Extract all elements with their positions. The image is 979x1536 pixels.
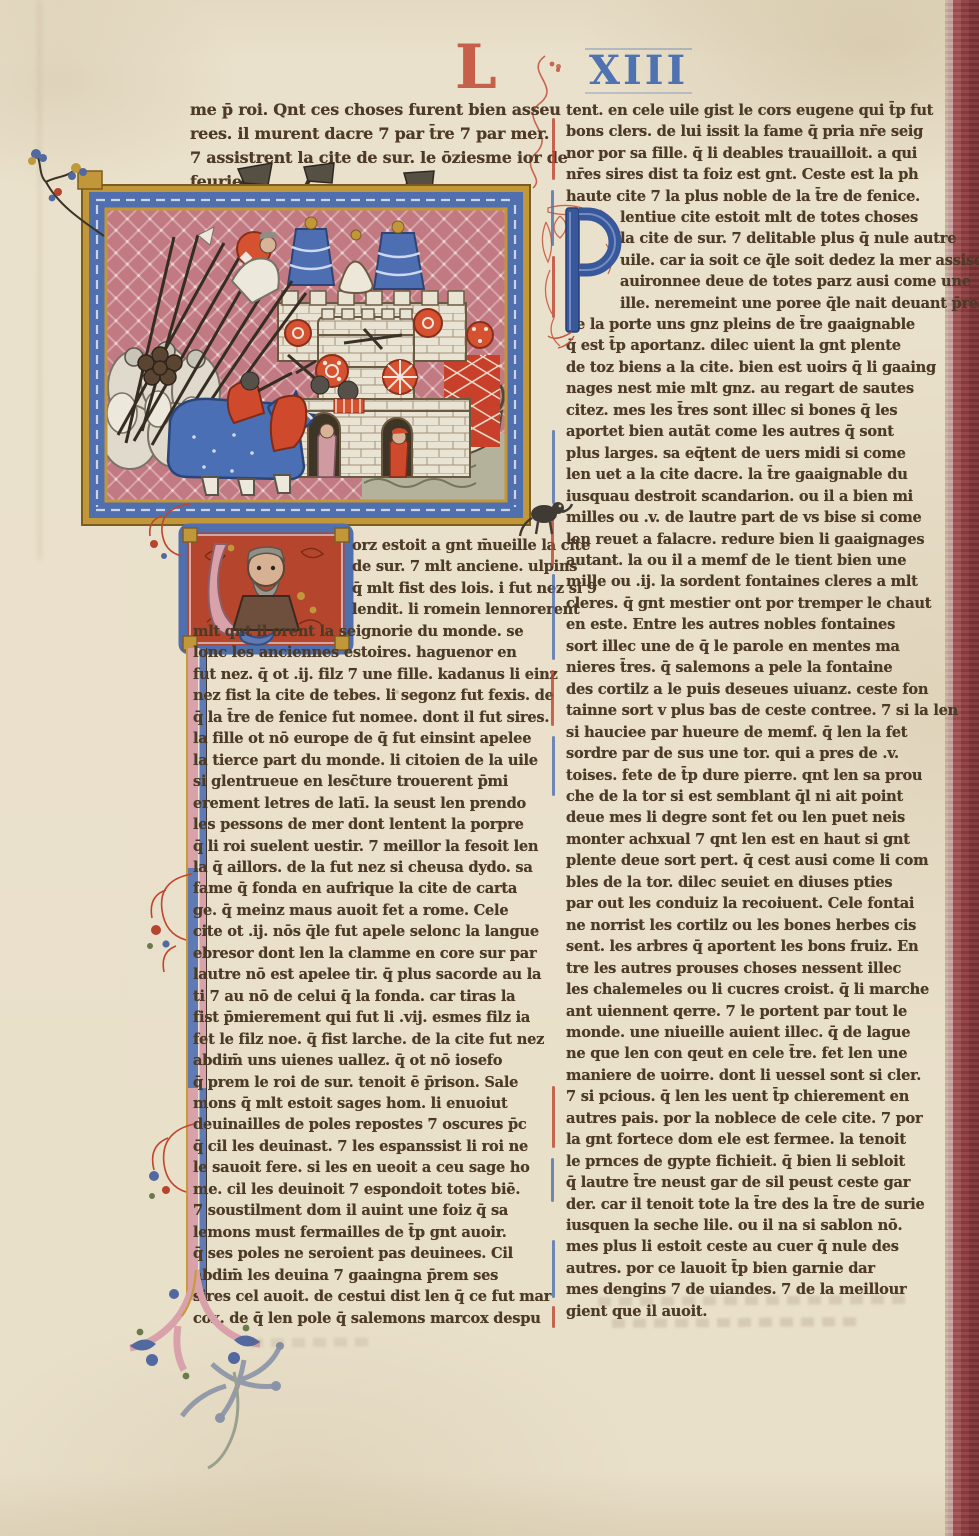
text-line: 7 assistrent la cite de sur. le ōziesme …: [190, 146, 550, 170]
ivy-leaf-flourish: [28, 148, 108, 243]
siege-of-tyre-miniature: [82, 185, 530, 525]
text-line: ebresor dont len la clamme en core sur p…: [193, 943, 549, 964]
text-line: si glentrueue en lesc̄ture trouerent p̄m…: [193, 771, 549, 792]
left-column-body: mlt qnt il orent la seignorie du monde. …: [193, 621, 549, 1329]
text-line: ant uiennent qerre. 7 le portent par tou…: [566, 1001, 938, 1022]
text-line: q̄ lautre t̄re neust gar de sil peust ce…: [566, 1172, 938, 1193]
text-line: aportet bien autāt come les autres q̄ so…: [566, 421, 938, 442]
text-line: q̄ ses poles ne seroient pas deuinees. C…: [193, 1243, 549, 1264]
text-line: fist p̄mierement qui fut li .vij. esmes …: [193, 1007, 549, 1028]
text-line: abdim̄ uns uienes uallez. q̄ ot nō iosef…: [193, 1050, 549, 1071]
text-line: q̄ la t̄re de fenice fut nomee. dont il …: [193, 707, 549, 728]
text-line: 7 si pcious. q̄ len les uent t̄p chierem…: [566, 1086, 938, 1107]
text-line: me. cil les deuinoit 7 espondoit totes b…: [193, 1179, 549, 1200]
text-line: des cortilz a le puis deseues uiuanz. ce…: [566, 679, 938, 700]
right-column-top: tent. en cele uile gist le cors eugene q…: [566, 100, 938, 207]
text-line: fet le filz noe. q̄ fist larche. de la c…: [193, 1029, 549, 1050]
text-line: milles ou .v. de lautre part de vs bise …: [566, 507, 938, 528]
text-line: uile. car ia soit ce q̄le soit dedez la …: [620, 250, 938, 271]
text-line: ne que len con qeut en cele t̄re. fet le…: [566, 1043, 938, 1064]
text-line: deuinailles de poles repostes 7 oscures …: [193, 1114, 549, 1135]
text-line: haute cite 7 la plus noble de la t̄re de…: [566, 186, 938, 207]
text-line: len uet a la cite dacre. la t̄re gaaigna…: [566, 464, 938, 485]
text-line: de la porte uns gnz pleins de t̄re gaaig…: [566, 314, 938, 335]
text-line: la q̄ aillors. de la fut nez si cheusa d…: [193, 857, 549, 878]
text-line: der. car il tenoit tote la t̄re des la t…: [566, 1194, 938, 1215]
text-line: mlt qnt il orent la seignorie du monde. …: [193, 621, 549, 642]
red-pen-flourish: [140, 498, 196, 572]
text-line: 7 soustilment dom il auint une foiz q̄ s…: [193, 1200, 549, 1221]
text-line: bles de la tor. dilec seuiet en diuses p…: [566, 872, 938, 893]
folio-number: XIII: [585, 48, 692, 94]
text-line: iusquau destroit scandarion. ou il a bie…: [566, 486, 938, 507]
text-line: fame q̄ fonda en aufrique la cite de car…: [193, 878, 549, 899]
parchment-crease: [38, 0, 41, 560]
right-column-body: de la porte uns gnz pleins de t̄re gaaig…: [566, 314, 938, 1322]
text-line: plente deue sort pert. q̄ cest ausi come…: [566, 850, 938, 871]
text-line: tent. en cele uile gist le cors eugene q…: [566, 100, 938, 121]
text-line: ge. q̄ meinz maus auoit fet a rome. Cele: [193, 900, 549, 921]
text-line: de toz biens a la cite. bien est uoirs q…: [566, 357, 938, 378]
text-line: sort illec une de q̄ le parole en mentes…: [566, 636, 938, 657]
text-line: q̄ mlt fist des lois. i fut nez si 9: [352, 578, 552, 599]
ruling-dash: [552, 1240, 555, 1298]
text-line: la fille ot nō europe de q̄ fut einsint …: [193, 728, 549, 749]
text-line: nages nest mie mlt gnz. au regart de sau…: [566, 378, 938, 399]
text-line: la cite de sur. 7 delitable plus q̄ nule…: [620, 228, 938, 249]
ruling-dash: [551, 670, 554, 726]
text-line: che de la tor si est semblant q̄l ni ait…: [566, 786, 938, 807]
text-line: en este. Entre les autres nobles fontain…: [566, 614, 938, 635]
text-line: sordre par de sus une tor. qui a pres de…: [566, 743, 938, 764]
text-line: auironnee deue de totes parz ausi come u…: [620, 271, 938, 292]
text-line: tainne sort v plus bas de ceste contree.…: [566, 700, 938, 721]
ruling-dash: [552, 1086, 555, 1148]
text-line: mons q̄ mlt estoit sages hom. li enuoiut: [193, 1093, 549, 1114]
ruling-dash: [551, 1158, 554, 1202]
text-line: cite ot .ij. nōs q̄le fut apele selonc l…: [193, 921, 549, 942]
text-line: lautre nō est apelee tir. q̄ plus sacord…: [193, 964, 549, 985]
text-line: mes plus li estoit ceste au cuer q̄ nule…: [566, 1236, 938, 1257]
text-line: nor por sa fille. q̄ li deables trauaill…: [566, 143, 938, 164]
ruling-dash: [551, 190, 554, 246]
text-line: mille ou .ij. la sordent fontaines clere…: [566, 571, 938, 592]
bottom-foliate-spray: [116, 1268, 346, 1478]
text-line: autant. la ou il a memf de le tient bien…: [566, 550, 938, 571]
text-line: autres. por ce lauoit t̄p bien garnie da…: [566, 1258, 938, 1279]
text-line: nr̄es sires dist ta foiz est gnt. Ceste …: [566, 164, 938, 185]
ruling-dash: [552, 1306, 555, 1328]
text-line: autres pais. por la noblece de cele cite…: [566, 1108, 938, 1129]
text-line: lemons must fermailles de t̄p gnt auoir.: [193, 1222, 549, 1243]
text-line: iusquen la seche lile. ou il na si sablo…: [566, 1215, 938, 1236]
text-line: la tierce part du monde. li citoien de l…: [193, 750, 549, 771]
verso-show-through: [250, 1338, 370, 1348]
text-line: len reuet a falacre. redure bien li gaai…: [566, 529, 938, 550]
text-line: tre les autres prouses choses nessent il…: [566, 958, 938, 979]
text-line: deue mes li degre sont fet ou len puet n…: [566, 807, 938, 828]
text-line: cleres. q̄ gnt mestier ont por tremper l…: [566, 593, 938, 614]
text-line: lendit. li romein lennorerent: [352, 599, 552, 620]
text-line: les pessons de mer dont lentent la porpr…: [193, 814, 549, 835]
text-line: la gnt fortece dom ele est fermee. la te…: [566, 1129, 938, 1150]
quire-letter: L: [455, 37, 496, 98]
text-line: lonc les anciennes estoires. haguenor en: [193, 642, 549, 663]
red-pen-flourish: [136, 866, 198, 978]
text-line: q̄ est t̄p aportanz. dilec uient la gnt …: [566, 335, 938, 356]
ruling-dash: [552, 118, 555, 180]
text-line: maniere de uoirre. dont li uessel sont s…: [566, 1065, 938, 1086]
text-line: q̄ li roi suelent uestir. 7 meillor la f…: [193, 836, 549, 857]
text-line: bons clers. de lui issit la fame q̄ pria…: [566, 121, 938, 142]
text-line: q̄ cil les deuinast. 7 les espanssist li…: [193, 1136, 549, 1157]
text-line: ille. neremeint une poree q̄le nait deua…: [620, 293, 938, 314]
text-line: nieres t̄res. q̄ salemons a pele la font…: [566, 657, 938, 678]
text-line: lentiue cite estoit mlt de totes choses: [620, 207, 938, 228]
text-line: monter achxual 7 qnt len est en haut si …: [566, 829, 938, 850]
red-pen-flourish: [136, 1118, 200, 1222]
text-line: sent. les arbres q̄ aportent les bons fr…: [566, 936, 938, 957]
text-line: si hauciee par hueure de memf. q̄ len la…: [566, 722, 938, 743]
text-line: fut nez. q̄ ot .ij. filz 7 une fille. ka…: [193, 664, 549, 685]
margin-creature: [518, 492, 574, 546]
left-column-lines-beside-initial: orz estoit a gnt m̄ueille la citede sur.…: [352, 535, 552, 621]
text-line: de sur. 7 mlt anciene. ulpins: [352, 556, 552, 577]
text-line: erement letres de latī. la seust len pre…: [193, 793, 549, 814]
right-column-lines-beside-initial: lentiue cite estoit mlt de totes chosesl…: [620, 207, 938, 314]
text-line: les chalemeles ou li cucres croist. q̄ l…: [566, 979, 938, 1000]
text-line: par out les conduiz la recoiuent. Cele f…: [566, 893, 938, 914]
text-line: le prnces de gypte fichieit. q̄ bien li …: [566, 1151, 938, 1172]
text-line: q̄ prem le roi de sur. tenoit ē p̄rison.…: [193, 1072, 549, 1093]
text-line: citez. mes les t̄res sont illec si bones…: [566, 400, 938, 421]
text-line: nez fist la cite de tebes. li segonz fut…: [193, 685, 549, 706]
manuscript-page-photo: { "page": { "quire_letter": "L", "folio_…: [0, 0, 979, 1536]
text-line: le sauoit fere. si les en ueoit a ceu sa…: [193, 1157, 549, 1178]
text-line: toises. fete de t̄p dure pierre. qnt len…: [566, 765, 938, 786]
verso-show-through: [612, 1317, 862, 1328]
ruling-dash: [552, 256, 555, 318]
text-line: monde. une niueille auient illec. q̄ de …: [566, 1022, 938, 1043]
text-line: plus larges. sa eq̄tent de uers midi si …: [566, 443, 938, 464]
ruling-dash: [552, 736, 555, 796]
text-line: me p̄ roi. Qnt ces choses furent bien as…: [190, 98, 550, 122]
text-line: ne norrist les cortilz ou les bones herb…: [566, 915, 938, 936]
text-line: ti 7 au nō de celui q̄ la fonda. car tir…: [193, 986, 549, 1007]
ruling-dash: [552, 574, 555, 660]
text-line: rees. il murent dacre 7 par t̄re 7 par m…: [190, 122, 550, 146]
